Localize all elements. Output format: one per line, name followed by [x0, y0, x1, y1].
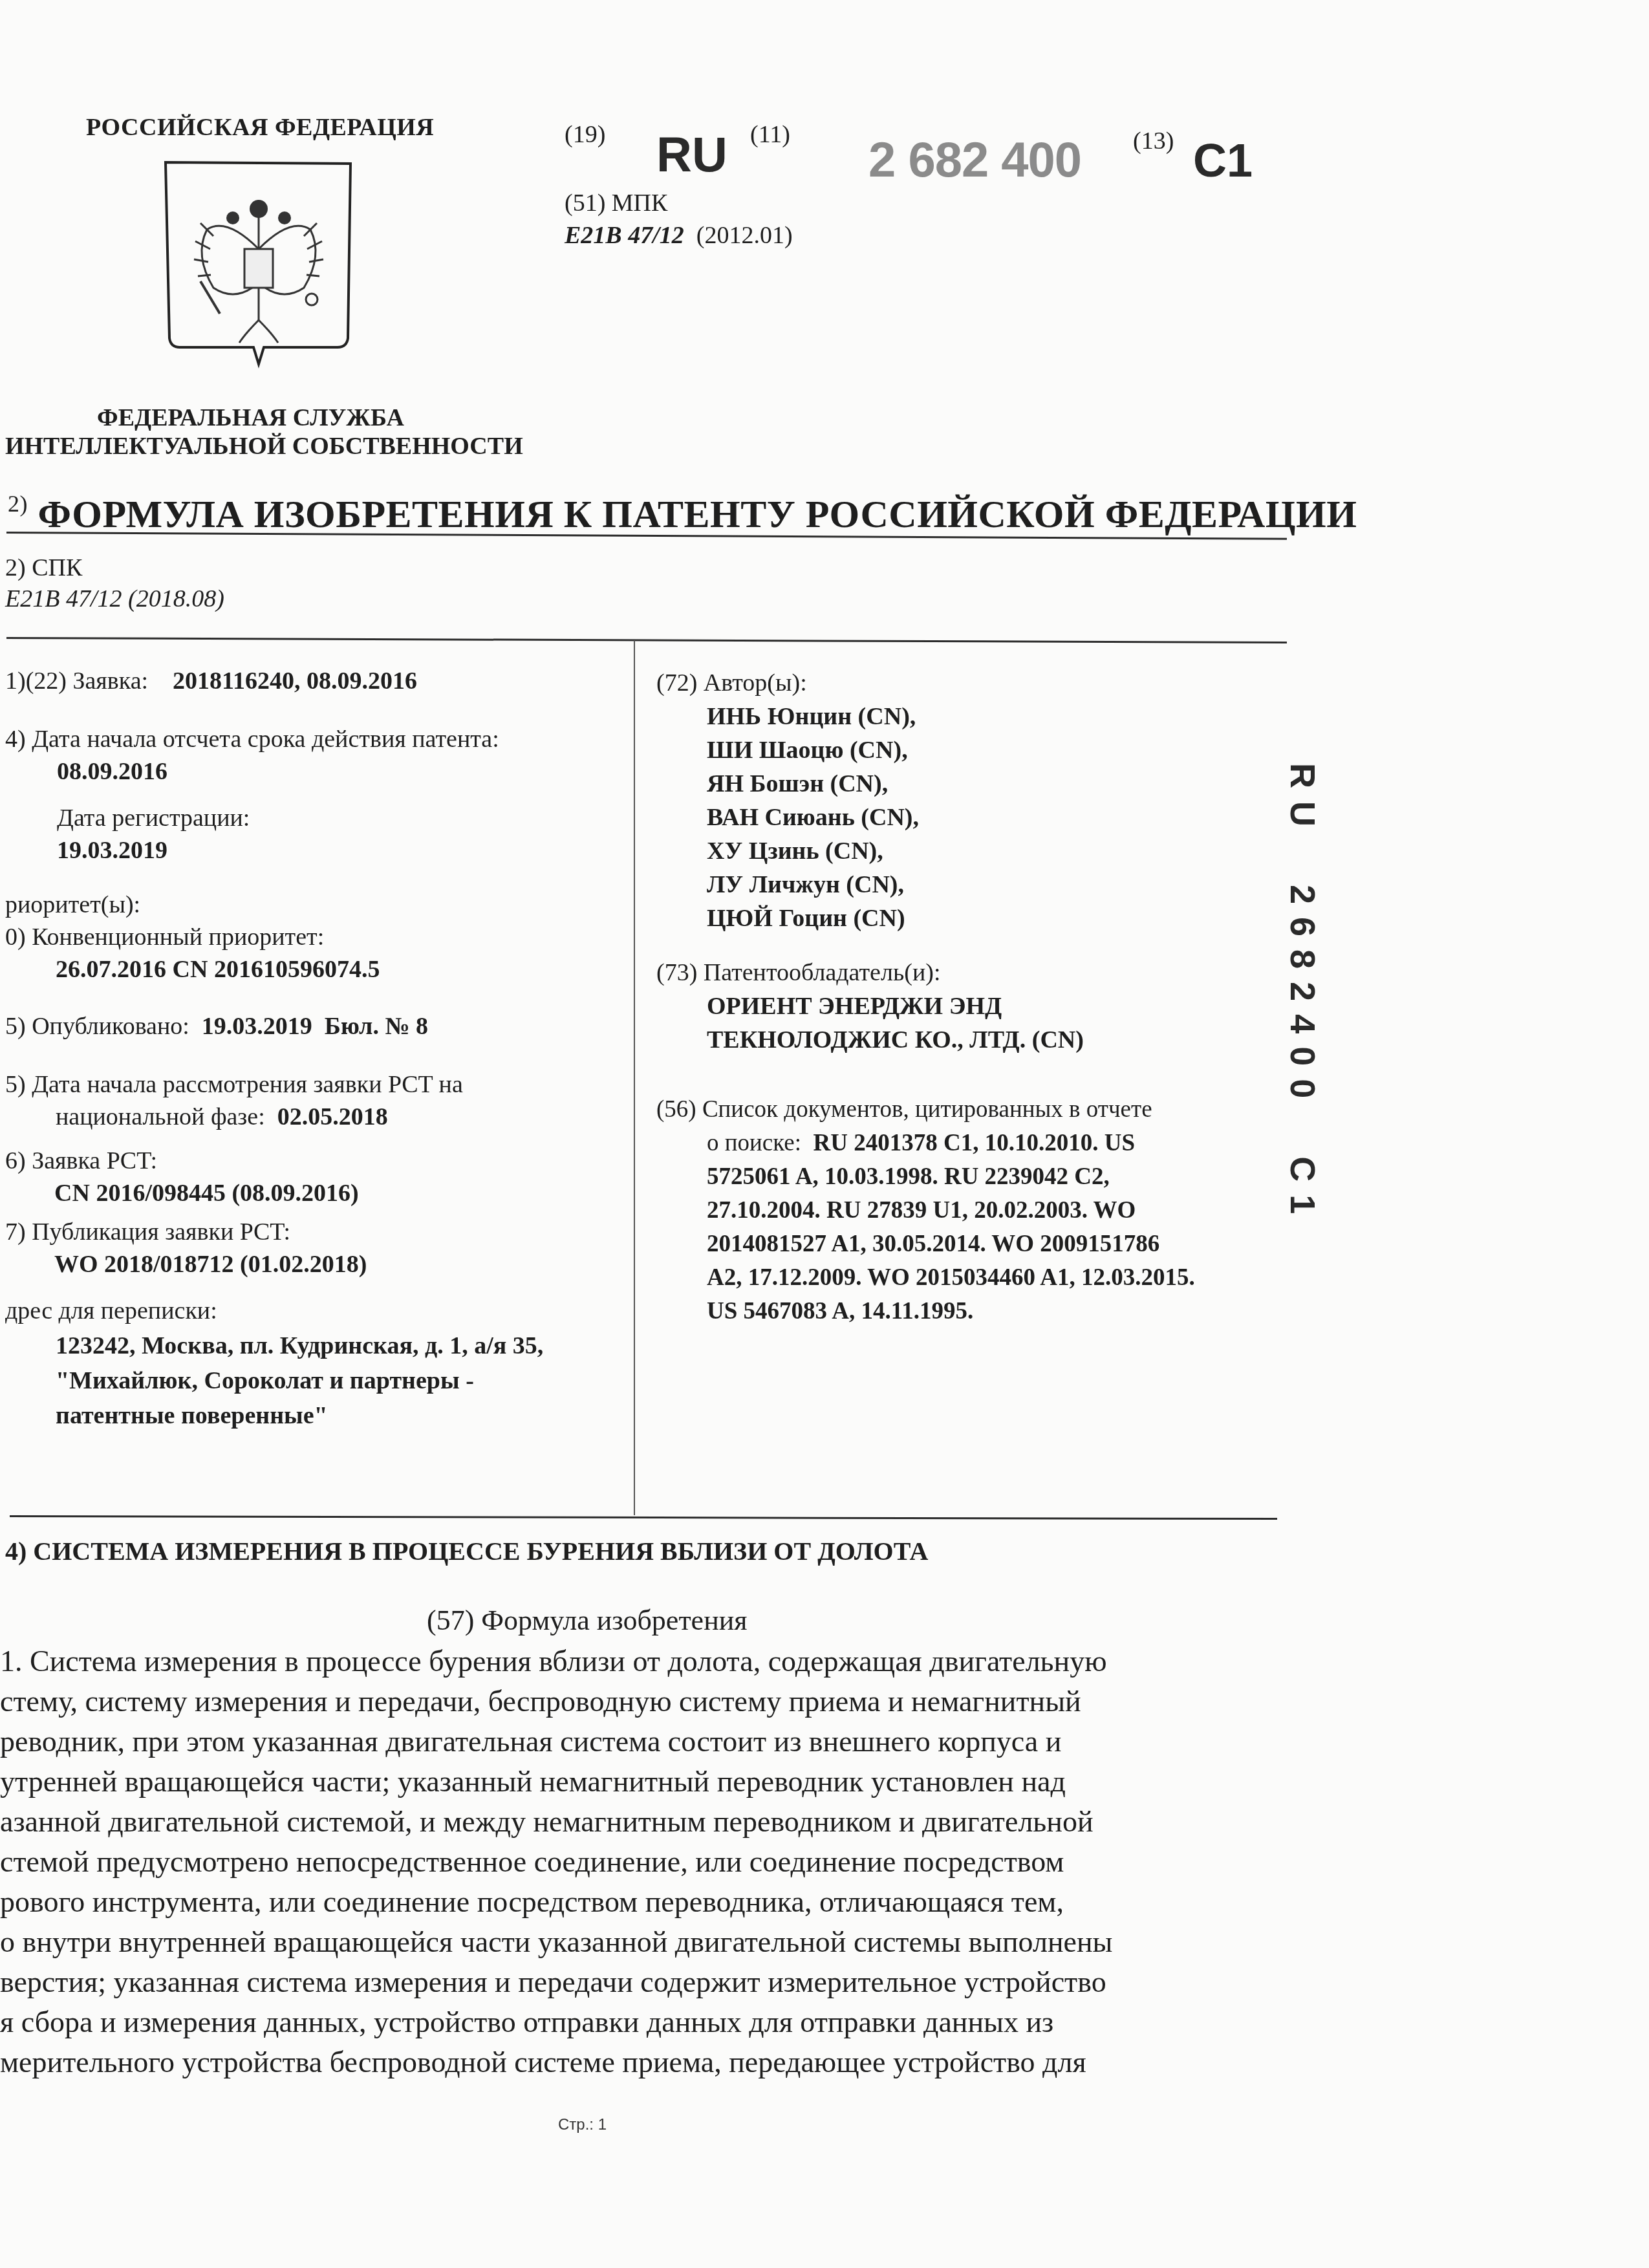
author-name: ЦЮЙ Гоцин (CN): [707, 902, 919, 935]
correspondence-address: дрес для переписки: 123242, Москва, пл. …: [5, 1293, 543, 1433]
patent-number: 2 682 400: [868, 132, 1081, 188]
priority-label: риоритет(ы):: [5, 889, 380, 921]
cpc-code: E21B 47/12 (2018.08): [5, 585, 224, 613]
cpc-label: 2) СПК: [5, 554, 82, 582]
patentee-field: (73) Патентообладатель(и): ОРИЕНТ ЭНЕРДЖ…: [656, 956, 1084, 1057]
registration-label: Дата регистрации:: [57, 802, 250, 834]
correspondence-label: дрес для переписки:: [5, 1293, 543, 1328]
claim-line: о внутри внутренней вращающейся части ук…: [0, 1922, 1255, 1962]
address-line: 123242, Москва, пл. Кудринская, д. 1, а/…: [5, 1328, 543, 1363]
author-name: ЯН Бошэн (CN),: [707, 767, 919, 801]
claim-line: 1. Система измерения в процессе бурения …: [0, 1641, 1255, 1681]
citation-line: 5725061 A, 10.03.1998. RU 2239042 C2,: [707, 1160, 1195, 1194]
pct-national-phase-value: 02.05.2018: [277, 1103, 388, 1130]
claim-line: реводник, при этом указанная двигательна…: [0, 1722, 1255, 1762]
document-title: 2) ФОРМУЛА ИЗОБРЕТЕНИЯ К ПАТЕНТУ РОССИЙС…: [8, 490, 1357, 537]
claim-line: рового инструмента, или соединение посре…: [0, 1882, 1255, 1922]
document-title-text: ФОРМУЛА ИЗОБРЕТЕНИЯ К ПАТЕНТУ РОССИЙСКОЙ…: [38, 493, 1357, 535]
inid-19: (19): [565, 120, 605, 149]
pct-publication-label: 7) Публикация заявки PCT:: [5, 1216, 367, 1248]
invention-title: 4) СИСТЕМА ИЗМЕРЕНИЯ В ПРОЦЕССЕ БУРЕНИЯ …: [5, 1536, 928, 1566]
russian-coat-of-arms-icon: [162, 158, 356, 378]
pct-publication-field: 7) Публикация заявки PCT: WO 2018/018712…: [5, 1216, 367, 1280]
side-publication-code: RU 2682400 C1: [1277, 763, 1329, 1397]
column-divider: [634, 640, 635, 1515]
address-line: патентные поверенные": [5, 1398, 543, 1433]
divider: [6, 637, 1287, 643]
ipc-code: E21B 47/12: [565, 222, 684, 249]
patentee-label: (73) Патентообладатель(и):: [656, 956, 1084, 989]
claim-line: утренней вращающейся части; указанный не…: [0, 1762, 1255, 1802]
author-name: ИНЬ Юнцин (CN),: [707, 700, 919, 733]
term-start-value: 08.09.2016: [5, 755, 499, 788]
ipc-label: (51) МПК: [565, 189, 667, 217]
citation-line: RU 2401378 C1, 10.10.2010. US: [814, 1130, 1135, 1156]
inid-13: (13): [1133, 127, 1174, 155]
claims-text: 1. Система измерения в процессе бурения …: [0, 1641, 1255, 2082]
agency-name-line1: ФЕДЕРАЛЬНАЯ СЛУЖБА: [97, 404, 404, 432]
citations-label: (56) Список документов, цитированных в о…: [656, 1093, 1195, 1127]
kind-code: C1: [1193, 135, 1253, 188]
bulletin-number: Бюл. № 8: [325, 1013, 428, 1040]
side-code-text: RU 2682400 C1: [1282, 763, 1322, 1227]
claim-line: азанной двигательной системой, и между н…: [0, 1802, 1255, 1842]
patentee-name: ТЕКНОЛОДЖИС КО., ЛТД. (CN): [707, 1023, 1084, 1057]
country-name: РОССИЙСКАЯ ФЕДЕРАЦИЯ: [86, 113, 434, 142]
claim-line: мерительного устройства беспроводной сис…: [0, 2042, 1255, 2082]
citation-line: A2, 17.12.2009. WO 2015034460 A1, 12.03.…: [707, 1261, 1195, 1295]
pct-national-phase-label: 5) Дата начала рассмотрения заявки PCT н…: [5, 1068, 463, 1101]
patentee-name: ОРИЕНТ ЭНЕРДЖИ ЭНД: [707, 989, 1084, 1023]
pct-publication-value: WO 2018/018712 (01.02.2018): [5, 1248, 367, 1280]
published-value: 19.03.2019: [202, 1013, 312, 1040]
document-title-prefix: 2): [8, 491, 28, 517]
term-start-label: 4) Дата начала отсчета срока действия па…: [5, 723, 499, 755]
author-name: ЛУ Личжун (CN),: [707, 868, 919, 902]
inid-11: (11): [750, 120, 790, 149]
divider: [10, 1515, 1277, 1520]
address-line: "Михайлюк, Сороколат и партнеры -: [5, 1363, 543, 1398]
priority-field: риоритет(ы): 0) Конвенционный приоритет:…: [5, 889, 380, 986]
authors-label: (72) Автор(ы):: [656, 666, 919, 700]
citation-line: US 5467083 A, 14.11.1995.: [707, 1295, 1195, 1328]
convention-priority-value: 26.07.2016 CN 201610596074.5: [5, 953, 380, 986]
citation-line: 27.10.2004. RU 27839 U1, 20.02.2003. WO: [707, 1194, 1195, 1227]
registration-value: 19.03.2019: [57, 834, 250, 867]
citations-field: (56) Список документов, цитированных в о…: [656, 1093, 1195, 1328]
country-code: RU: [656, 127, 727, 183]
citations-label2: о поиске:: [707, 1130, 801, 1156]
author-name: ШИ Шаоцю (CN),: [707, 733, 919, 767]
ipc-version: (2012.01): [696, 222, 793, 249]
term-start-field: 4) Дата начала отсчета срока действия па…: [5, 723, 499, 788]
citation-line: 2014081527 A1, 30.05.2014. WO 2009151786: [707, 1227, 1195, 1261]
pct-national-phase-field: 5) Дата начала рассмотрения заявки PCT н…: [5, 1068, 463, 1133]
registration-field: Дата регистрации: 19.03.2019: [57, 802, 250, 867]
claim-line: верстия; указанная система измерения и п…: [0, 1962, 1255, 2002]
pct-application-label: 6) Заявка PCT:: [5, 1145, 359, 1177]
pct-national-phase-label2: национальной фазе:: [56, 1103, 265, 1130]
application-label: 1)(22) Заявка:: [5, 667, 148, 695]
pct-application-value: CN 2016/098445 (08.09.2016): [5, 1177, 359, 1209]
claim-line: я сбора и измерения данных, устройство о…: [0, 2002, 1255, 2042]
convention-priority-label: 0) Конвенционный приоритет:: [5, 921, 380, 953]
ipc-classification: E21B 47/12 (2012.01): [565, 221, 793, 250]
agency-name-line2: ИНТЕЛЛЕКТУАЛЬНОЙ СОБСТВЕННОСТИ: [5, 432, 523, 460]
claim-line: стему, систему измерения и передачи, бес…: [0, 1681, 1255, 1722]
published-field: 5) Опубликовано: 19.03.2019 Бюл. № 8: [5, 1010, 428, 1042]
claims-heading: (57) Формула изобретения: [427, 1604, 747, 1637]
pct-application-field: 6) Заявка PCT: CN 2016/098445 (08.09.201…: [5, 1145, 359, 1209]
authors-field: (72) Автор(ы): ИНЬ Юнцин (CN), ШИ Шаоцю …: [656, 666, 919, 935]
page-number: Стр.: 1: [558, 2116, 607, 2134]
claim-line: стемой предусмотрено непосредственное со…: [0, 1842, 1255, 1882]
application-value: 2018116240, 08.09.2016: [173, 667, 417, 695]
author-name: ХУ Цзинь (CN),: [707, 834, 919, 868]
application-field: 1)(22) Заявка: 2018116240, 08.09.2016: [5, 665, 417, 697]
published-label: 5) Опубликовано:: [5, 1013, 189, 1040]
author-name: ВАН Сиюань (CN),: [707, 801, 919, 834]
